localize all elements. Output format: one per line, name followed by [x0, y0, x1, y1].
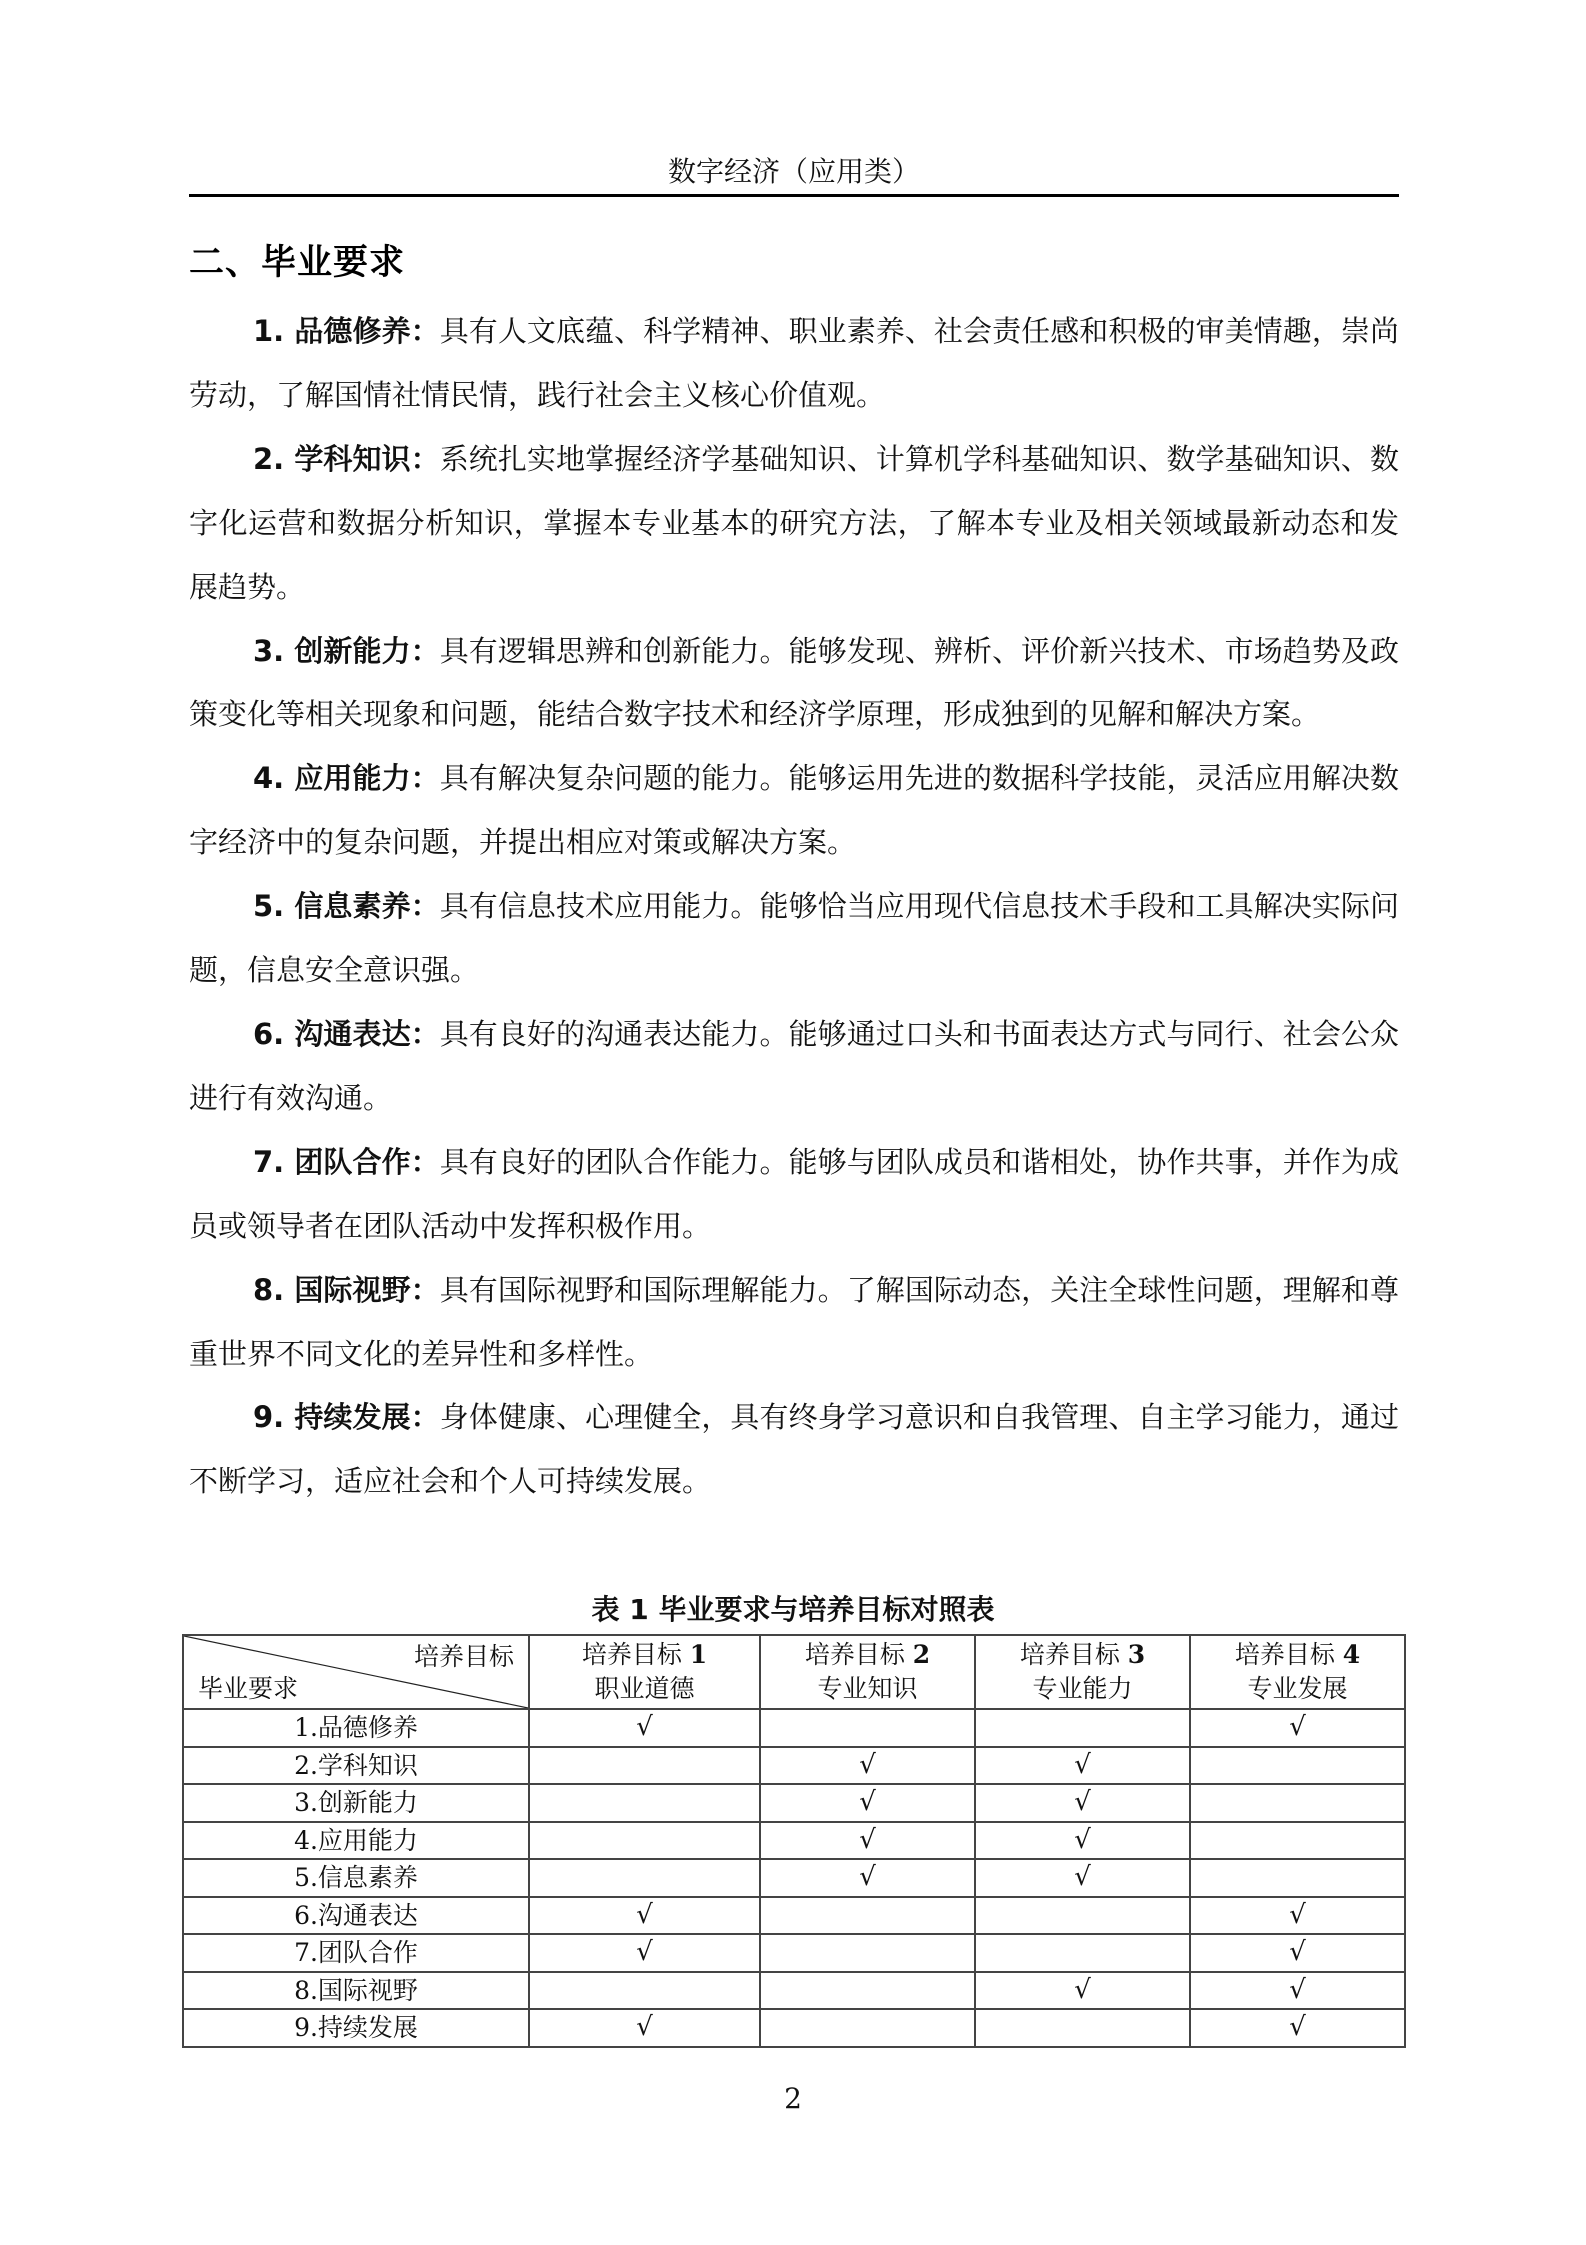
row-label: 9.持续发展 [183, 2009, 529, 2047]
row-label: 1.品德修养 [183, 1709, 529, 1747]
header-divider [189, 194, 1399, 197]
row-label: 2.学科知识 [183, 1747, 529, 1785]
row-label: 3.创新能力 [183, 1784, 529, 1822]
table-row: 1.品德修养√√ [183, 1709, 1405, 1747]
requirement-item: 5. 信息素养：具有信息技术应用能力。能够恰当应用现代信息技术手段和工具解决实际… [189, 875, 1399, 1003]
check-cell [1190, 1859, 1405, 1897]
page-number: 2 [0, 2082, 1586, 2116]
check-cell: √ [529, 1709, 760, 1747]
table-row: 6.沟通表达√√ [183, 1897, 1405, 1935]
column-label: 培养目标 [1020, 1640, 1120, 1669]
requirement-lead: 3. 创新能力： [253, 634, 440, 668]
row-label: 4.应用能力 [183, 1822, 529, 1860]
row-label: 6.沟通表达 [183, 1897, 529, 1935]
requirement-lead: 5. 信息素养： [253, 889, 440, 923]
check-cell: √ [975, 1822, 1190, 1860]
column-subtitle: 专业发展 [1247, 1674, 1347, 1703]
corner-row-label: 毕业要求 [198, 1672, 298, 1706]
requirement-lead: 7. 团队合作： [253, 1145, 440, 1179]
column-label: 培养目标 [582, 1640, 682, 1669]
column-subtitle: 专业知识 [817, 1674, 917, 1703]
check-cell [529, 1859, 760, 1897]
column-label: 培养目标 [1235, 1640, 1335, 1669]
column-header: 培养目标 4专业发展 [1190, 1635, 1405, 1709]
requirement-item: 8. 国际视野：具有国际视野和国际理解能力。了解国际动态，关注全球性问题，理解和… [189, 1259, 1399, 1387]
row-label: 7.团队合作 [183, 1934, 529, 1972]
check-cell [529, 1784, 760, 1822]
requirement-item: 9. 持续发展：身体健康、心理健全，具有终身学习意识和自我管理、自主学习能力，通… [189, 1386, 1399, 1514]
requirement-lead: 4. 应用能力： [253, 761, 440, 795]
requirement-item: 1. 品德修养：具有人文底蕴、科学精神、职业素养、社会责任感和积极的审美情趣，崇… [189, 300, 1399, 428]
requirements-objectives-table: 培养目标 毕业要求 培养目标 1职业道德 培养目标 2专业知识 培养目标 3专业… [182, 1634, 1406, 2048]
check-cell: √ [760, 1784, 975, 1822]
check-cell [760, 1934, 975, 1972]
check-cell: √ [975, 1747, 1190, 1785]
check-cell: √ [975, 1859, 1190, 1897]
table-row: 5.信息素养√√ [183, 1859, 1405, 1897]
check-cell [529, 1747, 760, 1785]
check-cell [975, 1897, 1190, 1935]
check-cell [529, 1822, 760, 1860]
diagonal-corner-cell: 培养目标 毕业要求 [183, 1635, 529, 1709]
row-label: 8.国际视野 [183, 1972, 529, 2010]
table-row: 9.持续发展√√ [183, 2009, 1405, 2047]
check-cell [975, 1709, 1190, 1747]
check-cell: √ [529, 1934, 760, 1972]
table-row: 3.创新能力√√ [183, 1784, 1405, 1822]
check-cell [1190, 1747, 1405, 1785]
table-caption: 表 1 毕业要求与培养目标对照表 [182, 1590, 1404, 1630]
requirement-item: 4. 应用能力：具有解决复杂问题的能力。能够运用先进的数据科学技能，灵活应用解决… [189, 747, 1399, 875]
check-cell: √ [975, 1972, 1190, 2010]
check-cell: √ [760, 1822, 975, 1860]
column-subtitle: 专业能力 [1032, 1674, 1132, 1703]
check-cell: √ [1190, 1709, 1405, 1747]
table-row: 7.团队合作√√ [183, 1934, 1405, 1972]
check-cell: √ [760, 1747, 975, 1785]
column-number: 4 [1343, 1640, 1360, 1669]
check-cell: √ [1190, 1934, 1405, 1972]
column-number: 2 [913, 1640, 930, 1669]
check-cell: √ [1190, 1972, 1405, 2010]
requirement-item: 7. 团队合作：具有良好的团队合作能力。能够与团队成员和谐相处，协作共事，并作为… [189, 1131, 1399, 1259]
requirement-lead: 8. 国际视野： [253, 1273, 440, 1307]
section-heading: 二、毕业要求 [189, 240, 405, 286]
check-cell [760, 2009, 975, 2047]
table-header-row: 培养目标 毕业要求 培养目标 1职业道德 培养目标 2专业知识 培养目标 3专业… [183, 1635, 1405, 1709]
check-cell [760, 1972, 975, 2010]
column-header: 培养目标 2专业知识 [760, 1635, 975, 1709]
check-cell: √ [1190, 2009, 1405, 2047]
check-cell: √ [529, 1897, 760, 1935]
column-header: 培养目标 1职业道德 [529, 1635, 760, 1709]
check-cell [1190, 1784, 1405, 1822]
check-cell [1190, 1822, 1405, 1860]
corner-column-label: 培养目标 [414, 1640, 514, 1674]
check-cell [975, 2009, 1190, 2047]
check-cell: √ [975, 1784, 1190, 1822]
column-header: 培养目标 3专业能力 [975, 1635, 1190, 1709]
column-number: 1 [690, 1640, 707, 1669]
requirement-item: 3. 创新能力：具有逻辑思辨和创新能力。能够发现、辨析、评价新兴技术、市场趋势及… [189, 620, 1399, 748]
check-cell [975, 1934, 1190, 1972]
requirement-lead: 2. 学科知识： [253, 442, 440, 476]
requirements-list: 1. 品德修养：具有人文底蕴、科学精神、职业素养、社会责任感和积极的审美情趣，崇… [189, 300, 1399, 1514]
check-cell: √ [529, 2009, 760, 2047]
column-subtitle: 职业道德 [594, 1674, 694, 1703]
row-label: 5.信息素养 [183, 1859, 529, 1897]
column-number: 3 [1128, 1640, 1145, 1669]
requirement-lead: 6. 沟通表达： [253, 1017, 440, 1051]
table-row: 8.国际视野√√ [183, 1972, 1405, 2010]
requirement-lead: 9. 持续发展： [253, 1400, 440, 1434]
check-cell [760, 1709, 975, 1747]
table-row: 2.学科知识√√ [183, 1747, 1405, 1785]
requirement-item: 6. 沟通表达：具有良好的沟通表达能力。能够通过口头和书面表达方式与同行、社会公… [189, 1003, 1399, 1131]
column-label: 培养目标 [805, 1640, 905, 1669]
check-cell: √ [760, 1859, 975, 1897]
requirement-item: 2. 学科知识：系统扎实地掌握经济学基础知识、计算机学科基础知识、数学基础知识、… [189, 428, 1399, 620]
check-cell [760, 1897, 975, 1935]
page-header-title: 数字经济（应用类） [189, 152, 1399, 192]
requirement-lead: 1. 品德修养： [253, 314, 440, 348]
check-cell [529, 1972, 760, 2010]
check-cell: √ [1190, 1897, 1405, 1935]
table-row: 4.应用能力√√ [183, 1822, 1405, 1860]
